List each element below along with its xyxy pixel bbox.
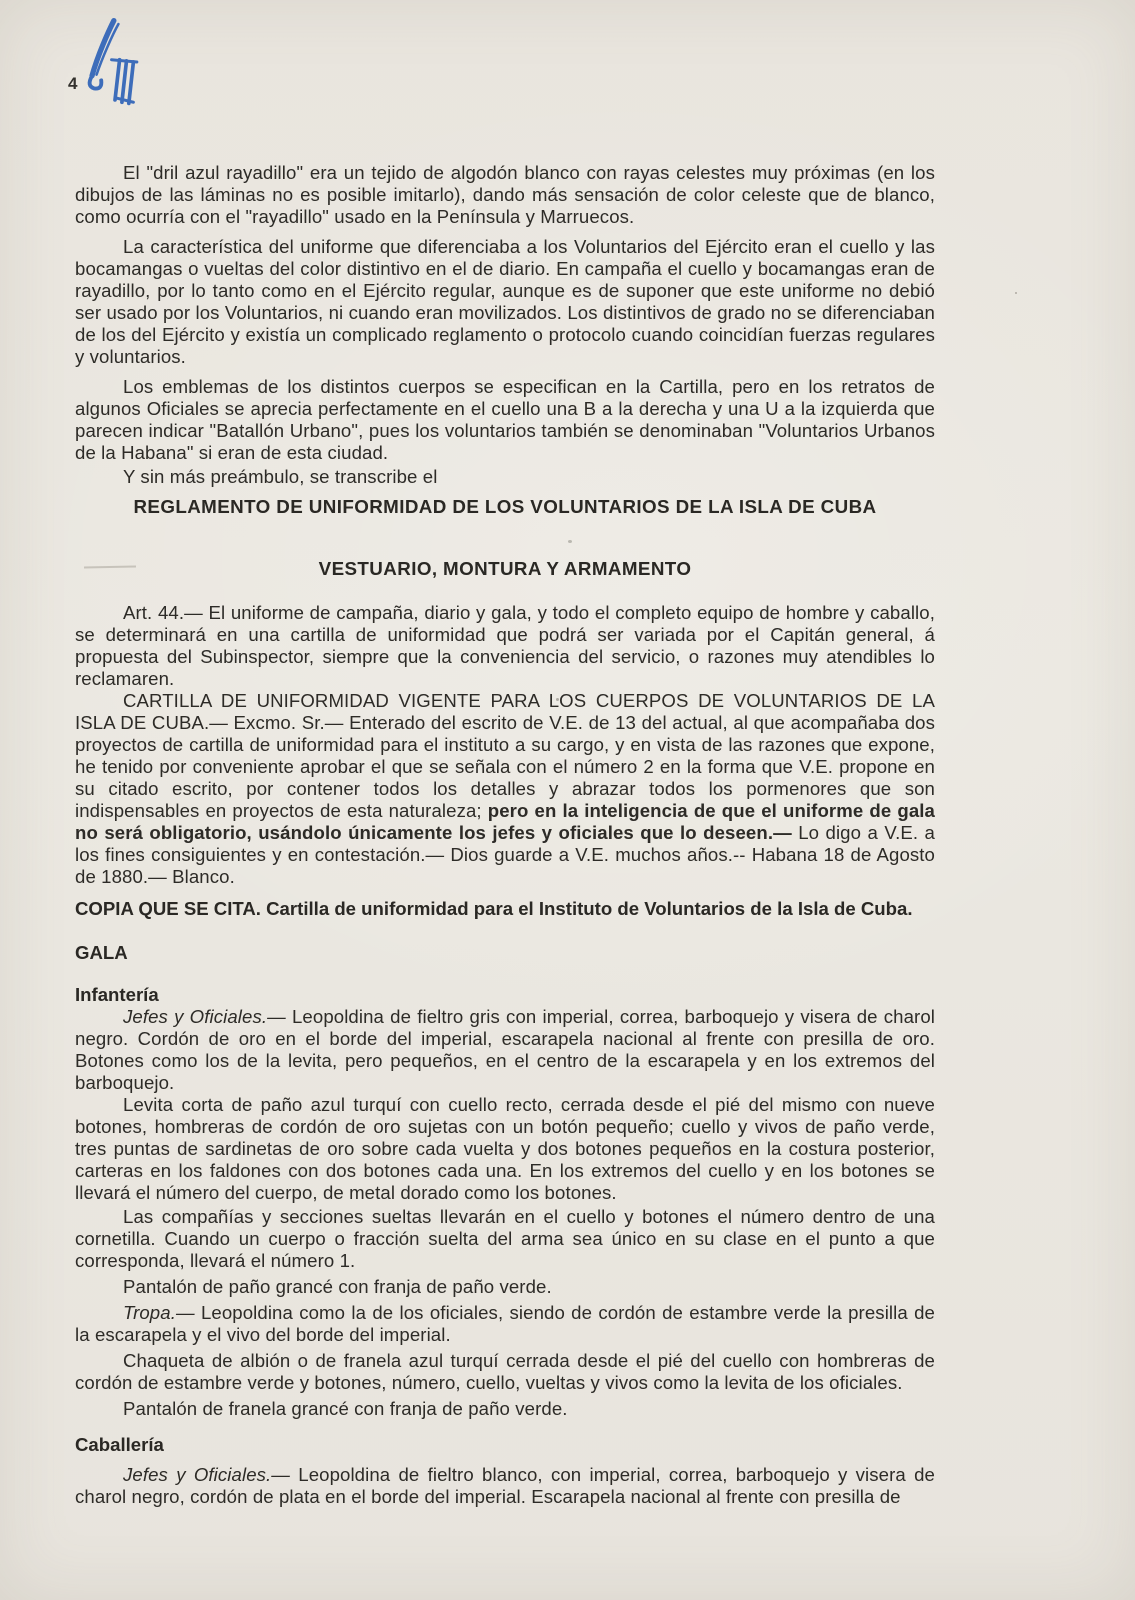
paragraph-companias-secciones: Las compañías y secciones sueltas llevar… xyxy=(75,1206,935,1272)
paper-speck xyxy=(1015,292,1017,294)
paragraph-preambulo: Y sin más preámbulo, se transcribe el xyxy=(75,466,935,488)
heading-copia-que-se-cita: COPIA QUE SE CITA. Cartilla de uniformid… xyxy=(75,898,935,920)
heading-caballeria: Caballería xyxy=(75,1434,935,1456)
paragraph-dril-azul: El "dril azul rayadillo" era un tejido d… xyxy=(75,162,935,228)
caballeria-jefes-lead: Jefes y Oficiales.— xyxy=(123,1464,290,1485)
scanned-document-page: 4 El "dril azul rayadillo" era un tejido… xyxy=(0,0,1135,1600)
paragraph-emblemas-cuerpos: Los emblemas de los distintos cuerpos se… xyxy=(75,376,935,464)
heading-infanteria: Infantería xyxy=(75,984,935,1006)
paragraph-infanteria-jefes-oficiales: Jefes y Oficiales.— Leopoldina de fieltr… xyxy=(75,1006,935,1094)
paragraph-tropa: Tropa.— Leopoldina como la de los oficia… xyxy=(75,1302,935,1346)
paragraph-chaqueta-albion: Chaqueta de albión o de franela azul tur… xyxy=(75,1350,935,1394)
heading-gala: GALA xyxy=(75,942,935,964)
paragraph-caracteristica-uniforme: La característica del uniforme que difer… xyxy=(75,236,935,368)
infanteria-jefes-lead: Jefes y Oficiales.— xyxy=(123,1006,286,1027)
text-column: El "dril azul rayadillo" era un tejido d… xyxy=(75,162,935,1508)
paragraph-articulo-44: Art. 44.— El uniforme de campaña, diario… xyxy=(75,602,935,690)
page-number: 4 xyxy=(68,74,77,94)
paragraph-pantalon-franela: Pantalón de franela grancé con franja de… xyxy=(75,1398,935,1420)
paragraph-pantalon-pano: Pantalón de paño grancé con franja de pa… xyxy=(75,1276,935,1298)
paragraph-caballeria-jefes-oficiales: Jefes y Oficiales.— Leopoldina de fieltr… xyxy=(75,1464,935,1508)
tropa-lead: Tropa.— xyxy=(123,1302,195,1323)
heading-vestuario-montura-armamento: VESTUARIO, MONTURA Y ARMAMENTO xyxy=(75,558,935,580)
paragraph-cartilla-vigente: CARTILLA DE UNIFORMIDAD VIGENTE PARA LOS… xyxy=(75,690,935,888)
tropa-text: Leopoldina como la de los oficiales, sie… xyxy=(75,1302,935,1345)
paragraph-levita-corta: Levita corta de paño azul turquí con cue… xyxy=(75,1094,935,1204)
heading-reglamento: REGLAMENTO DE UNIFORMIDAD DE LOS VOLUNTA… xyxy=(75,496,935,518)
ink-scribble-icon xyxy=(80,16,150,108)
